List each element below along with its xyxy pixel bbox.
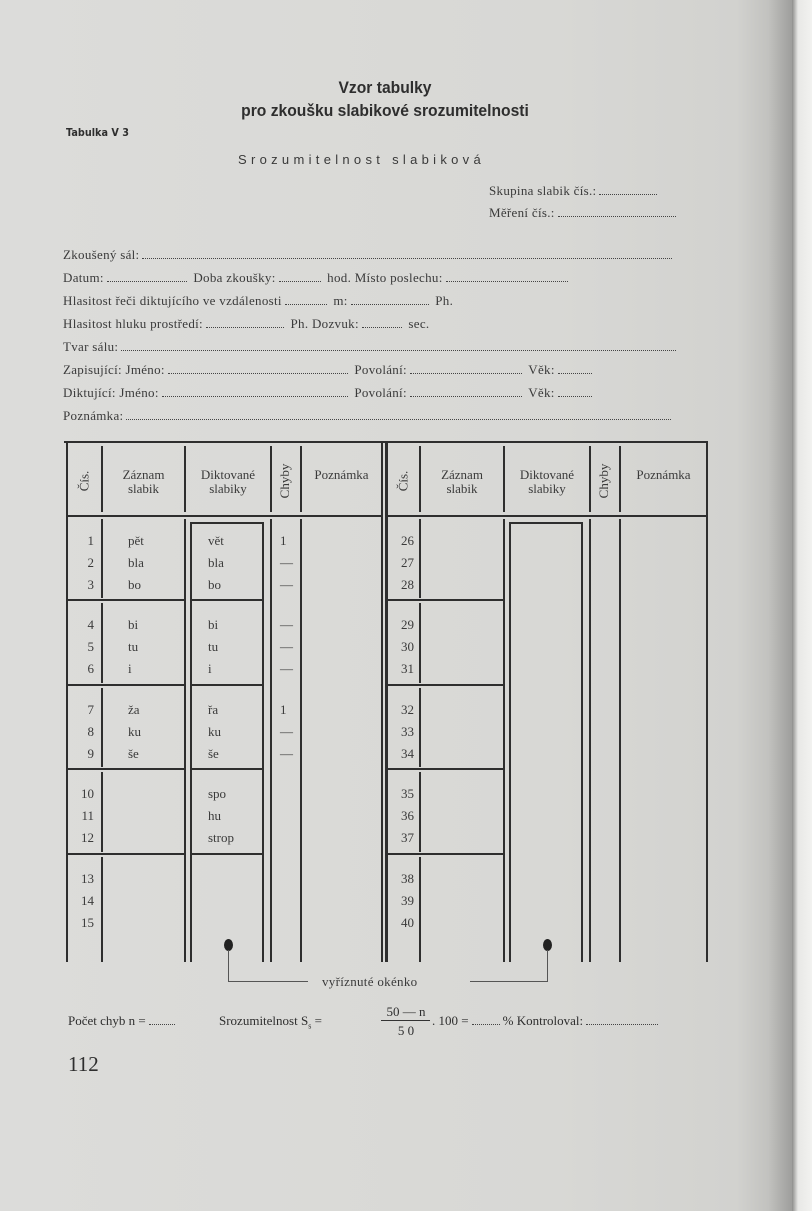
date-blank[interactable] [107,270,187,282]
distance-unit: m: [333,293,347,308]
fraction-bar [381,1020,430,1021]
page-subtitle-title: pro zkoušku slabikové srozumitelnosti [31,101,739,121]
intelligibility-label: Srozumitelnost S [219,1013,308,1028]
fraction-denominator: 5 0 [382,1023,430,1039]
dictator-age-label: Věk: [528,385,554,400]
checked-by-blank[interactable] [586,1013,658,1025]
percent-blank[interactable] [472,1013,500,1025]
recorder-profession-blank[interactable] [410,362,522,374]
errors-count-blank[interactable] [149,1013,175,1025]
intelligibility-label-group: Srozumitelnost Ss = [219,1013,322,1031]
table-label: Tabulka V 3 [66,126,129,139]
hall-field: Zkoušený sál: [63,247,675,263]
dictator-row: Diktující: Jméno: Povolání: Věk: [63,385,595,401]
hall-shape-field: Tvar sálu: [63,339,679,355]
dictator-label: Diktující: [63,385,116,400]
duration-unit: hod. [327,270,351,285]
note-field: Poznámka: [63,408,674,424]
recorder-age-blank[interactable] [558,362,592,374]
percent-field: . 100 =% Kontroloval: [432,1013,661,1029]
errors-count-label: Počet chyb n = [68,1013,146,1028]
dictator-name-blank[interactable] [162,385,348,397]
page-edge [792,0,812,1211]
group-number-blank[interactable] [599,183,657,195]
measurement-number-field: Měření čís.: [489,205,679,221]
multiplier-text: . 100 = [432,1013,469,1028]
dictator-name-label: Jméno: [119,385,158,400]
noise-row: Hlasitost hluku prostředí: Ph. Dozvuk: s… [63,316,429,332]
recorder-label: Zapisující: [63,362,122,377]
section-subtitle: Srozumitelnost slabiková [238,152,485,167]
distance-blank[interactable] [285,293,327,305]
listening-place-label: Místo poslechu: [355,270,443,285]
dictator-profession-label: Povolání: [354,385,407,400]
equals-sign: = [315,1013,322,1028]
errors-count-field: Počet chyb n = [68,1013,178,1029]
noise-loudness-blank[interactable] [206,316,284,328]
group-number-field: Skupina slabik čís.: [489,183,660,199]
hall-shape-label: Tvar sálu: [63,339,118,354]
hall-blank[interactable] [142,247,672,259]
speech-loudness-row: Hlasitost řeči diktujícího ve vzdálenost… [63,293,453,309]
listening-place-blank[interactable] [446,270,568,282]
reverb-label: Dozvuk: [312,316,359,331]
recorder-name-label: Jméno: [125,362,164,377]
intelligibility-subscript: s [308,1022,311,1031]
checked-by-label: Kontroloval: [517,1013,583,1028]
date-label: Datum: [63,270,104,285]
page-title: Vzor tabulky [31,78,739,98]
speech-loudness-blank[interactable] [351,293,429,305]
measurement-number-blank[interactable] [558,205,676,217]
group-number-label: Skupina slabik čís.: [489,183,596,198]
note-label: Poznámka: [63,408,123,423]
hall-shape-blank[interactable] [121,339,676,351]
recorder-name-blank[interactable] [168,362,348,374]
noise-unit: Ph. [291,316,309,331]
window-caption: vyříznuté okénko [322,974,417,990]
date-row: Datum: Doba zkoušky: hod. Místo poslechu… [63,270,571,286]
recorder-profession-label: Povolání: [354,362,407,377]
noise-loudness-label: Hlasitost hluku prostředí: [63,316,203,331]
percent-sign: % [503,1013,514,1028]
recorder-row: Zapisující: Jméno: Povolání: Věk: [63,362,595,378]
note-blank[interactable] [126,408,671,420]
duration-label: Doba zkoušky: [193,270,275,285]
fraction-numerator: 50 — n [382,1004,430,1020]
speech-loudness-label: Hlasitost řeči diktujícího ve vzdálenost… [63,293,282,308]
dictator-age-blank[interactable] [558,385,592,397]
hall-label: Zkoušený sál: [63,247,139,262]
reverb-blank[interactable] [362,316,402,328]
duration-blank[interactable] [279,270,321,282]
recorder-age-label: Věk: [528,362,554,377]
speech-unit: Ph. [435,293,453,308]
measurement-number-label: Měření čís.: [489,205,555,220]
reverb-unit: sec. [408,316,429,331]
dictator-profession-blank[interactable] [410,385,522,397]
page-number: 112 [68,1052,99,1077]
